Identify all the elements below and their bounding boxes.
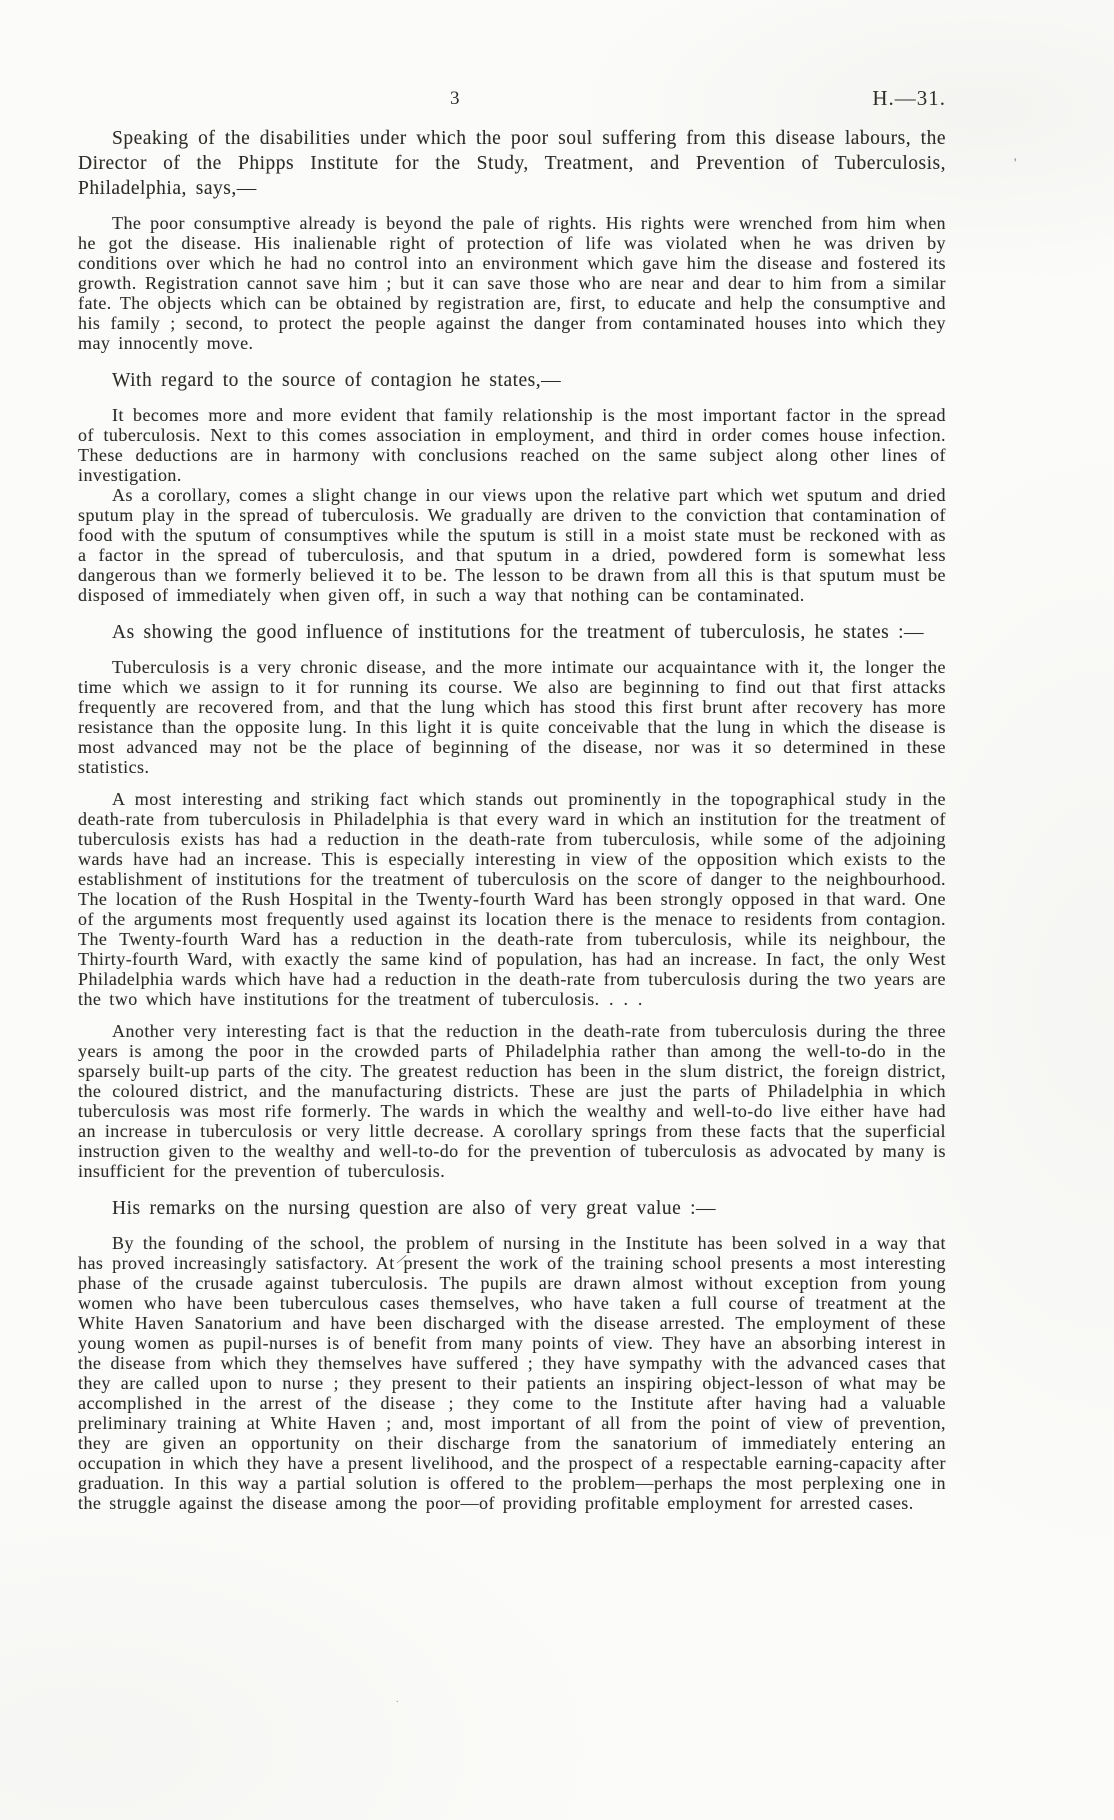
extract-topographical-study: A most interesting and striking fact whi… — [78, 789, 946, 1009]
extract-death-rate-reduction: Another very interesting fact is that th… — [78, 1021, 946, 1181]
extract-poor-consumptive: The poor consumptive already is beyond t… — [78, 213, 946, 353]
paragraph-institutions-lead: As showing the good influence of institu… — [78, 620, 946, 645]
scan-artifact-tick: ' — [1014, 155, 1016, 171]
scanned-report-page: 3 H.—31. Speaking of the disabilities un… — [0, 0, 1114, 1820]
scan-artifact-speck: . — [396, 1694, 399, 1705]
page-number: 3 — [450, 88, 460, 110]
extract-chronic-disease: Tuberculosis is a very chronic disease, … — [78, 657, 946, 777]
paragraph-speaking-intro: Speaking of the disabilities under which… — [78, 126, 946, 201]
paragraph-nursing-lead: His remarks on the nursing question are … — [78, 1196, 946, 1221]
extract-wet-dried-sputum: As a corollary, comes a slight change in… — [78, 485, 946, 605]
extract-nursing-school: By the founding of the school, the probl… — [78, 1233, 946, 1513]
paragraph-contagion-lead: With regard to the source of contagion h… — [78, 368, 946, 393]
page-header: 3 H.—31. — [78, 86, 946, 112]
text-block: Speaking of the disabilities under which… — [78, 126, 946, 1513]
document-reference: H.—31. — [872, 86, 946, 111]
extract-family-relationship: It becomes more and more evident that fa… — [78, 405, 946, 485]
